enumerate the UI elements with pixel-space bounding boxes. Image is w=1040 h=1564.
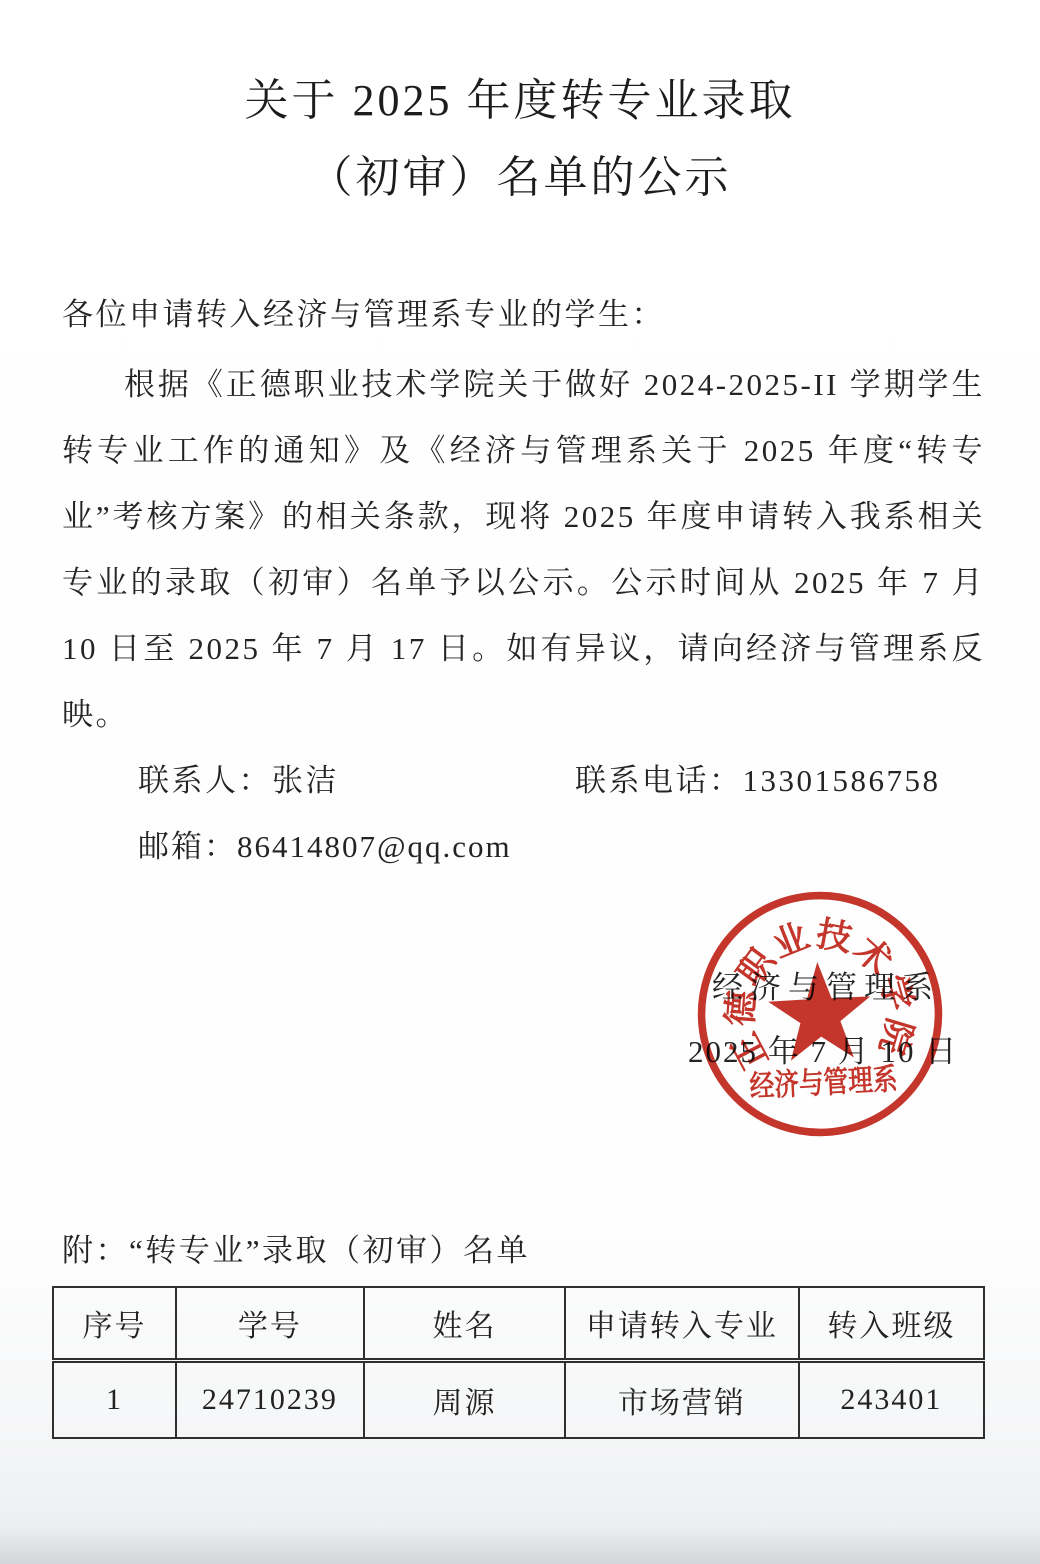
cell-student-id: 24710239 (176, 1361, 364, 1439)
table-row: 1 24710239 周源 市场营销 243401 (53, 1361, 984, 1439)
signature-date: 2025 年 7 月 10 日 (688, 1026, 958, 1071)
header-target-major: 申请转入专业 (565, 1287, 799, 1361)
body-paragraph: 根据《正德职业技术学院关于做好 2024-2025-II 学期学生转专业工作的通… (62, 352, 985, 748)
cell-serial-number: 1 (53, 1361, 176, 1439)
email-label: 邮箱： (138, 829, 237, 864)
email-address: 86414807@qq.com (237, 829, 512, 864)
contact-phone-number: 13301586758 (743, 763, 941, 798)
contact-person-label: 联系人： (138, 763, 272, 798)
contact-phone-label: 联系电话： (575, 763, 743, 798)
signature-department: 经济与管理系 (712, 962, 940, 1007)
photo-edge-shadow (0, 1528, 1040, 1564)
title-line-2: （初审）名单的公示 (0, 139, 1040, 216)
contact-person-name: 张洁 (272, 763, 339, 798)
document-title: 关于 2025 年度转专业录取 （初审）名单的公示 (0, 62, 1040, 216)
title-line-1: 关于 2025 年度转专业录取 (0, 62, 1040, 139)
salutation: 各位申请转入经济与管理系专业的学生： (62, 294, 985, 336)
official-seal-stamp: 正德职业技术学院 经济与管理系 (688, 882, 953, 1147)
email-line: 邮箱：86414807@qq.com (0, 826, 1040, 868)
header-serial-number: 序号 (53, 1287, 176, 1361)
admission-table: 序号 学号 姓名 申请转入专业 转入班级 1 24710239 周源 市场营销 … (52, 1286, 985, 1439)
cell-target-class: 243401 (799, 1361, 984, 1439)
announcement-document: 关于 2025 年度转专业录取 （初审）名单的公示 各位申请转入经济与管理系专业… (0, 0, 1040, 1564)
attachment-label: 附：“转专业”录取（初审）名单 (62, 1230, 985, 1272)
signature-block: 经济与管理系 2025 年 7 月 10 日 正德职业技术学院 经济与管理系 (0, 868, 1040, 1220)
contact-line: 联系人：张洁 联系电话：13301586758 (0, 760, 1040, 802)
contact-phone: 联系电话：13301586758 (575, 760, 941, 802)
cell-name: 周源 (364, 1361, 565, 1439)
header-student-id: 学号 (176, 1287, 364, 1361)
header-target-class: 转入班级 (799, 1287, 984, 1361)
seal-ring (696, 890, 945, 1139)
table-header-row: 序号 学号 姓名 申请转入专业 转入班级 (53, 1287, 984, 1361)
cell-target-major: 市场营销 (565, 1361, 799, 1439)
header-name: 姓名 (364, 1287, 565, 1361)
